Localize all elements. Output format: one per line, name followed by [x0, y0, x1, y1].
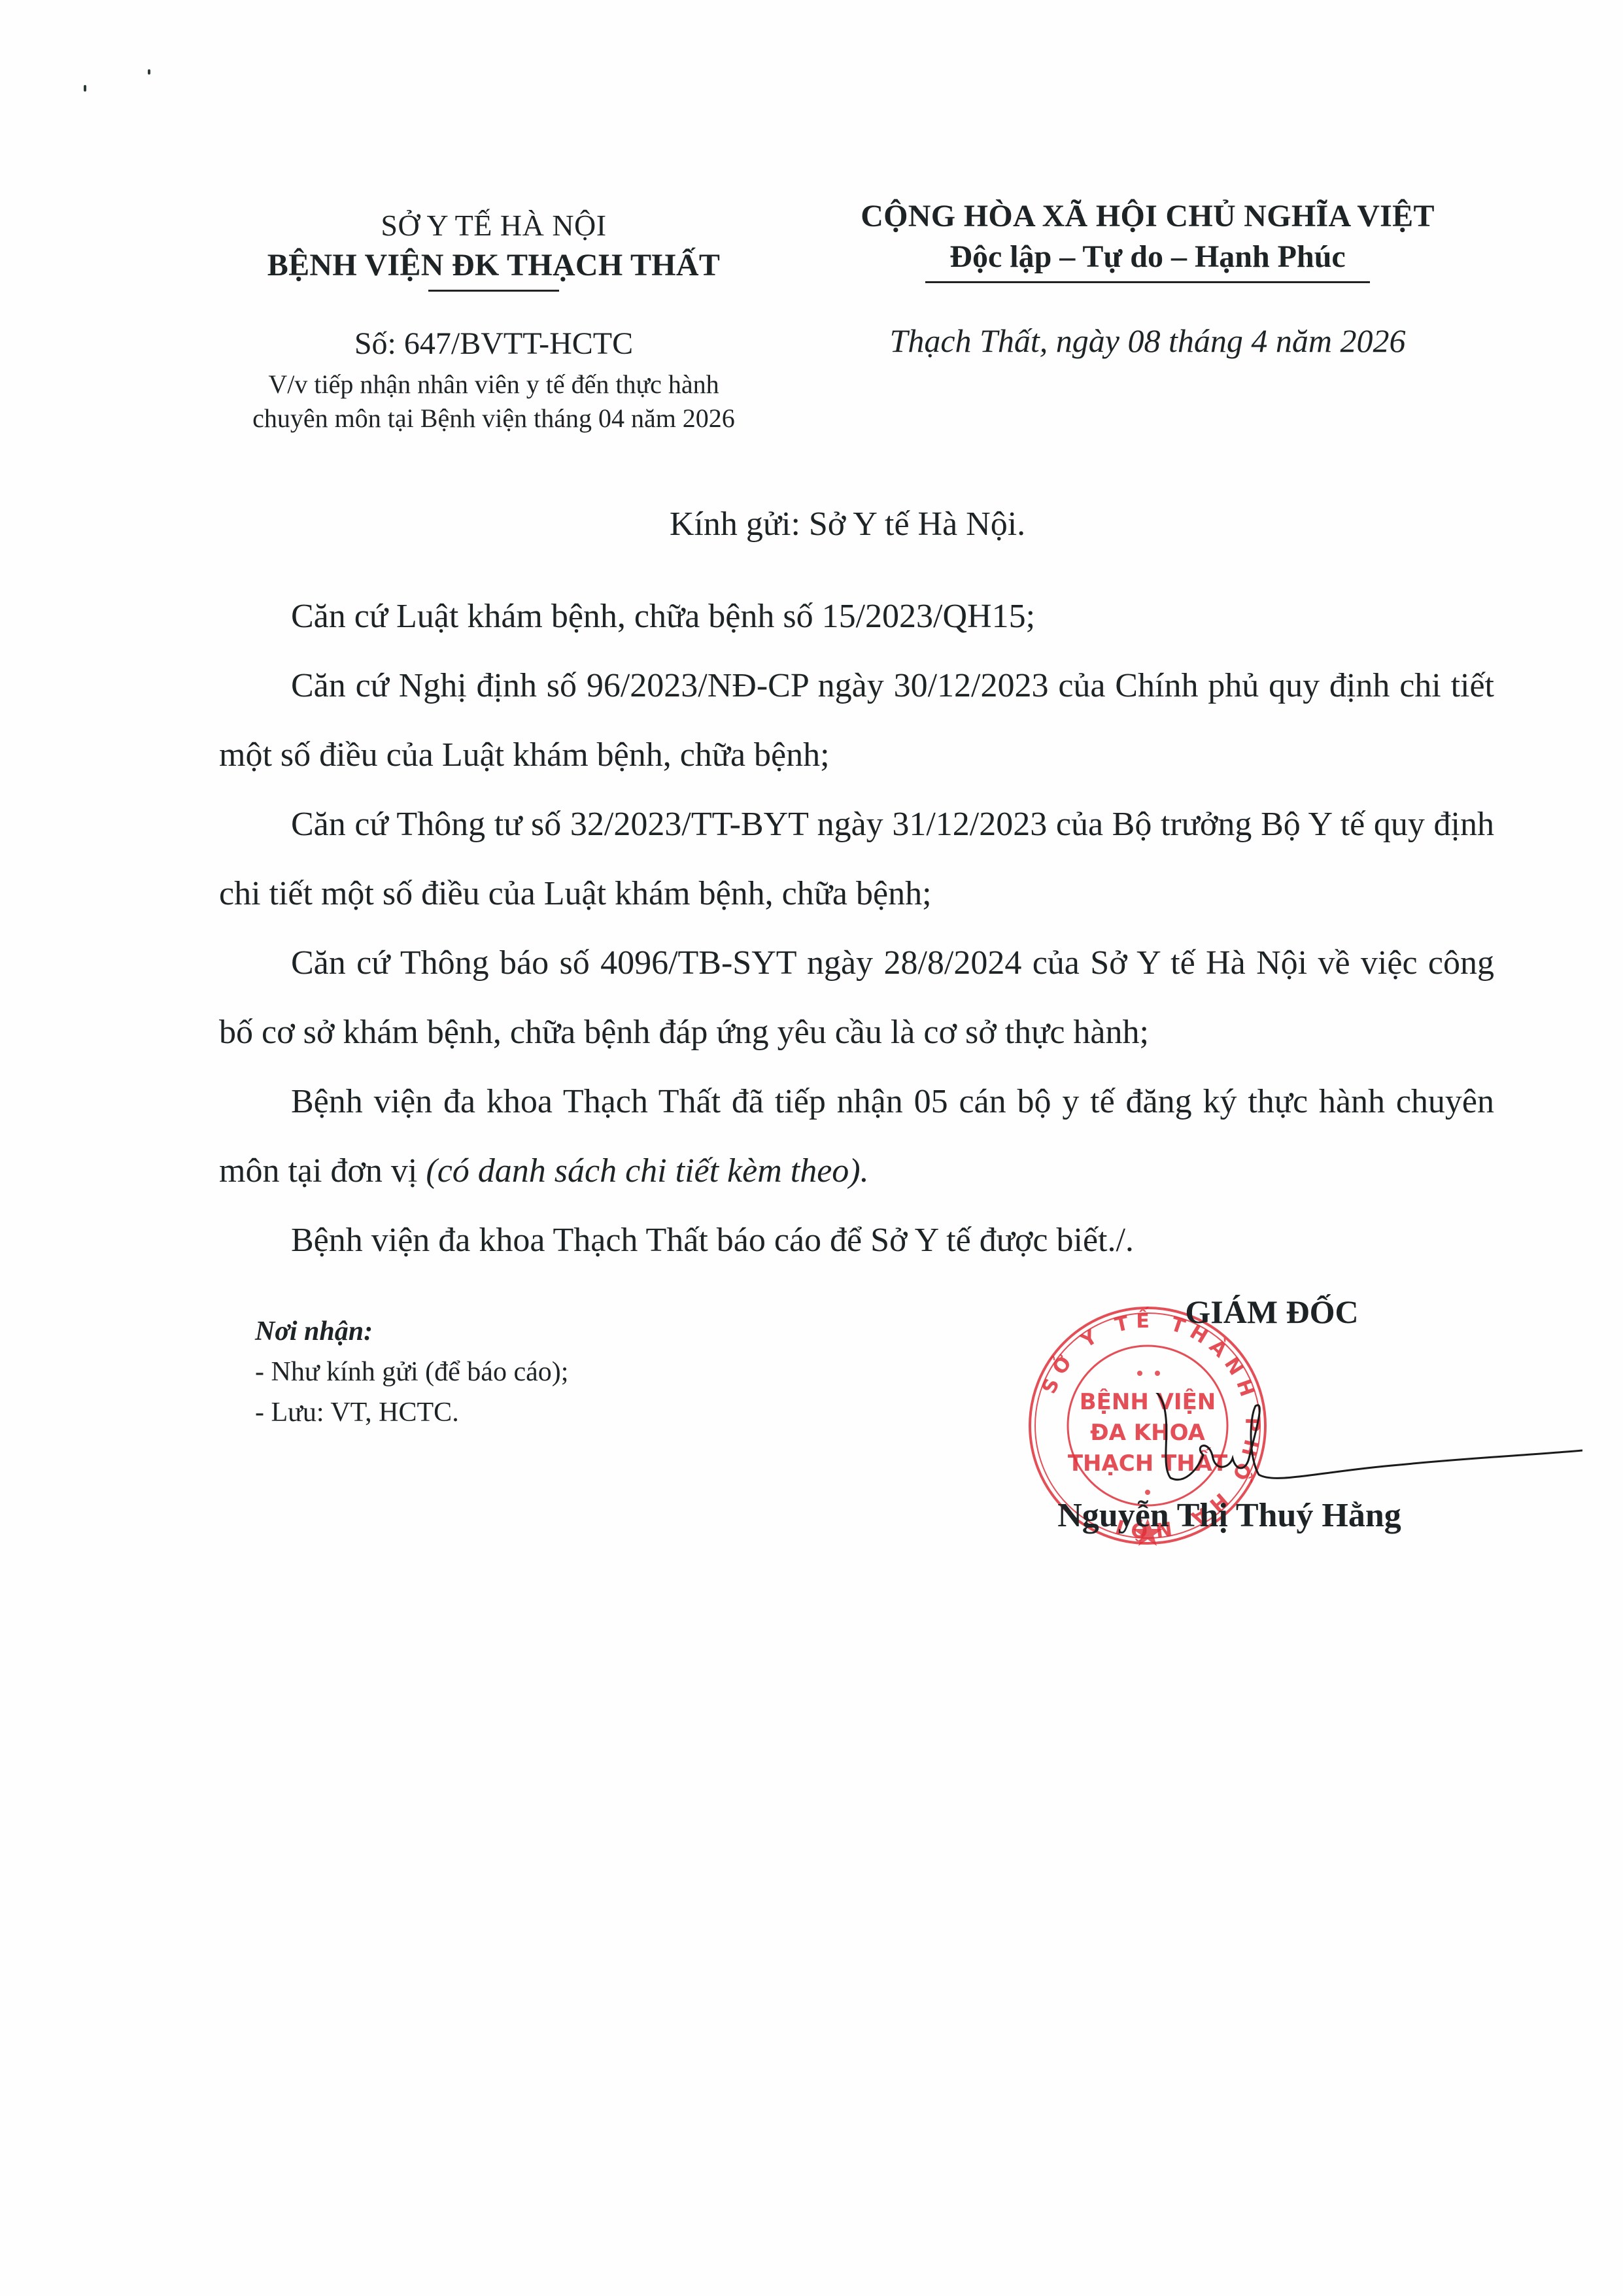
motto-underline	[925, 281, 1370, 283]
document-body: Căn cứ Luật khám bệnh, chữa bệnh số 15/2…	[219, 582, 1494, 1275]
parent-organization: SỞ Y TẾ HÀ NỘI	[216, 206, 772, 245]
national-motto: Độc lập – Tự do – Hạnh Phúc	[804, 237, 1491, 277]
signatory-title: GIÁM ĐỐC	[1007, 1292, 1452, 1332]
distribution-title: Nơi nhận:	[255, 1311, 568, 1352]
subject-line-1: V/v tiếp nhận nhân viên y tế đến thực hà…	[216, 368, 772, 402]
national-header: CỘNG HÒA XÃ HỘI CHỦ NGHĨA VIỆT Độc lập –…	[804, 196, 1491, 360]
national-title: CỘNG HÒA XÃ HỘI CHỦ NGHĨA VIỆT	[804, 196, 1491, 237]
distribution-list: Nơi nhận: - Như kính gửi (để báo cáo); -…	[255, 1311, 568, 1433]
scan-speck	[148, 69, 150, 75]
body-paragraph: Căn cứ Thông tư số 32/2023/TT-BYT ngày 3…	[219, 790, 1494, 929]
distribution-item: - Như kính gửi (để báo cáo);	[255, 1352, 568, 1392]
body-paragraph: Căn cứ Thông báo số 4096/TB-SYT ngày 28/…	[219, 929, 1494, 1067]
body-paragraph: Bệnh viện đa khoa Thạch Thất báo cáo để …	[219, 1206, 1494, 1275]
header-underline	[428, 290, 559, 292]
body-paragraph: Căn cứ Nghị định số 96/2023/NĐ-CP ngày 3…	[219, 651, 1494, 790]
distribution-item: - Lưu: VT, HCTC.	[255, 1392, 568, 1433]
subject-line-2: chuyên môn tại Bệnh viện tháng 04 năm 20…	[216, 402, 772, 436]
recipient-line: Kính gửi: Sở Y tế Hà Nội.	[0, 504, 1623, 545]
place-date: Thạch Thất, ngày 08 tháng 4 năm 2026	[804, 321, 1491, 360]
body-paragraph: Căn cứ Luật khám bệnh, chữa bệnh số 15/2…	[219, 582, 1494, 651]
issuer-header: SỞ Y TẾ HÀ NỘI BỆNH VIỆN ĐK THẠCH THẤT S…	[216, 206, 772, 436]
body-paragraph: Bệnh viện đa khoa Thạch Thất đã tiếp nhậ…	[219, 1067, 1494, 1206]
signatory-name: Nguyễn Thị Thuý Hằng	[1007, 1496, 1452, 1536]
document-number: Số: 647/BVTT-HCTC	[216, 324, 772, 364]
organization-name: BỆNH VIỆN ĐK THẠCH THẤT	[216, 245, 772, 286]
signature-block: GIÁM ĐỐC Nguyễn Thị Thuý Hằng	[1007, 1292, 1452, 1536]
attachment-note: (có danh sách chi tiết kèm theo).	[426, 1152, 868, 1190]
scan-speck	[84, 85, 86, 92]
document-page: SỞ Y TẾ HÀ NỘI BỆNH VIỆN ĐK THẠCH THẤT S…	[0, 0, 1623, 2296]
